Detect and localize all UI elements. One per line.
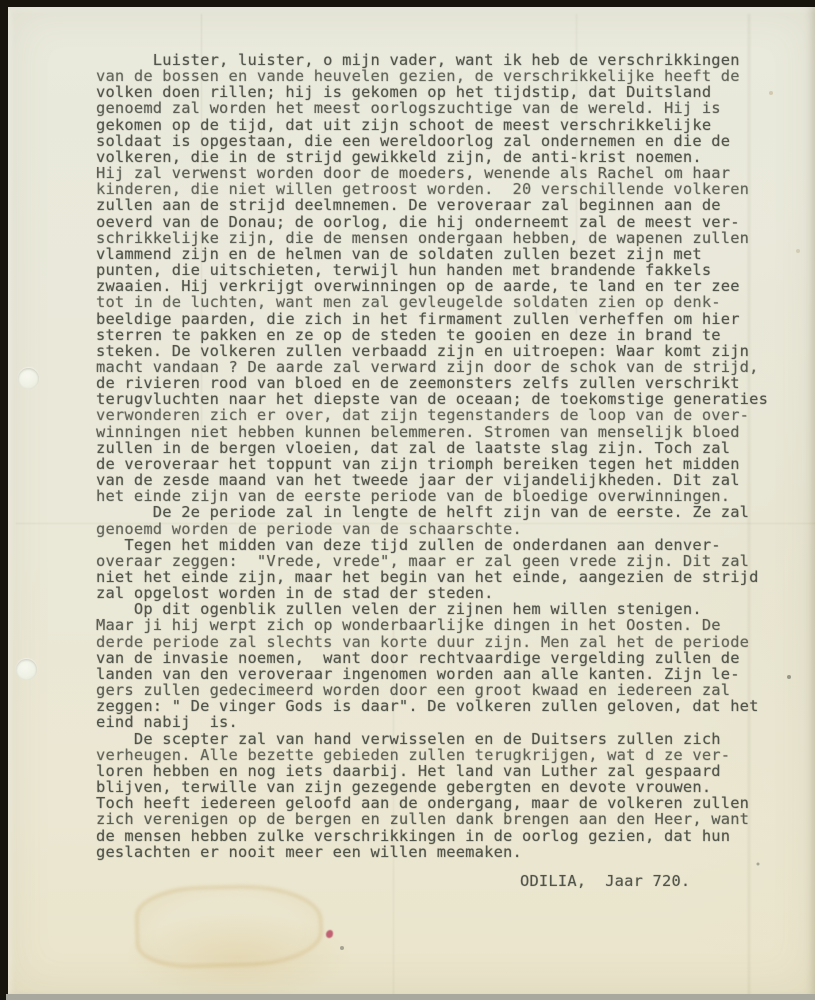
signature-line: ODILIA, Jaar 720. — [520, 872, 690, 890]
text-line: volkeren, die in de strijd gewikkeld zij… — [96, 149, 796, 165]
scan-bottom-edge — [6, 994, 815, 1000]
text-line: Hij zal verwenst worden door de moeders,… — [96, 165, 796, 181]
text-line: genoemd zal worden het meest oorlogszuch… — [96, 100, 796, 116]
text-line: niet het einde zijn, maar het begin van … — [96, 569, 796, 585]
text-line: punten, die uitschieten, terwijl hun han… — [96, 262, 796, 278]
text-line: zich verenigen op de bergen en zullen da… — [96, 811, 796, 827]
text-line: Luister, luister, o mijn vader, want ik … — [96, 52, 796, 68]
text-line: van de zesde maand van het tweede jaar d… — [96, 472, 796, 488]
stain-mark — [135, 884, 323, 969]
text-line: overaar zeggen: "Vrede, vrede", maar er … — [96, 553, 796, 569]
text-line: De 2e periode zal in lengte de helft zij… — [96, 504, 796, 520]
text-line: vlammend zijn en de helmen van de soldat… — [96, 246, 796, 262]
text-line: de rivieren rood van bloed en de zeemons… — [96, 375, 796, 391]
text-line: gers zullen gedecimeerd worden door een … — [96, 682, 796, 698]
text-line: het einde zijn van de eerste periode van… — [96, 488, 796, 504]
text-line: de veroveraar het toppunt van zijn triom… — [96, 456, 796, 472]
text-line: steken. De volkeren zullen verbaadd zijn… — [96, 343, 796, 359]
text-line: zullen aan de strijd deelmnemen. De vero… — [96, 197, 796, 213]
text-line: zullen in de bergen vloeien, dat zal de … — [96, 440, 796, 456]
text-line: van de invasie noemen, want door rechtva… — [96, 650, 796, 666]
text-line: de mensen hebben zulke verschrikkingen i… — [96, 828, 796, 844]
text-line: genoemd worden de periode van de schaars… — [96, 521, 796, 537]
text-line: beeldige paarden, die zich in het firmam… — [96, 311, 796, 327]
text-line: van de bossen en vande heuvelen gezien, … — [96, 68, 796, 84]
text-line: eind nabij is. — [96, 714, 796, 730]
text-line: terugvluchten naar het diepste van de oc… — [96, 391, 796, 407]
text-line: Tegen het midden van deze tijd zullen de… — [96, 537, 796, 553]
text-line: macht vandaan ? De aarde zal verward zij… — [96, 359, 796, 375]
text-line: verwonderen zich er over, dat zijn tegen… — [96, 407, 796, 423]
text-line: zeggen: " De vinger Gods is daar". De vo… — [96, 698, 796, 714]
text-line: blijven, terwille van zijn gezegende geb… — [96, 779, 796, 795]
text-line: zal opgelost worden in de stad der stede… — [96, 585, 796, 601]
text-line: volken doen rillen; hij is gekomen op he… — [96, 84, 796, 100]
text-line: schrikkelijke zijn, die de mensen onderg… — [96, 230, 796, 246]
text-line: De scepter zal van hand verwisselen en d… — [96, 731, 796, 747]
text-line: loren hebben en nog iets daarbij. Het la… — [96, 763, 796, 779]
text-line: geslachten er nooit meer een willen meem… — [96, 844, 796, 860]
text-line: soldaat is opgestaan, die een wereldoorl… — [96, 133, 796, 149]
letter-body: Luister, luister, o mijn vader, want ik … — [96, 52, 796, 860]
text-line: sterren te pakken en ze op de steden te … — [96, 327, 796, 343]
paper-specks — [0, 0, 2, 2]
text-line: winningen niet hebben kunnen belemmeren.… — [96, 424, 796, 440]
text-line: kinderen, die niet willen getroost worde… — [96, 181, 796, 197]
text-line: Toch heeft iedereen geloofd aan de onder… — [96, 795, 796, 811]
text-line: gekomen op de tijd, dat uit zijn schoot … — [96, 117, 796, 133]
punch-hole-lower — [16, 659, 37, 680]
text-line: derde periode zal slechts van korte duur… — [96, 634, 796, 650]
text-line: verheugen. Alle bezette gebieden zullen … — [96, 747, 796, 763]
text-line: tot in de luchten, want men zal gevleuge… — [96, 294, 796, 310]
text-line: Op dit ogenblik zullen velen der zijnen … — [96, 601, 796, 617]
text-line: zwaaien. Hij verkrijgt overwinningen op … — [96, 278, 796, 294]
text-line: landen van den veroveraar ingenomen word… — [96, 666, 796, 682]
punch-hole-upper — [18, 368, 39, 389]
text-line: Maar ji hij werpt zich op wonderbaarlijk… — [96, 617, 796, 633]
text-line: oeverd van de Donau; de oorlog, die hij … — [96, 214, 796, 230]
